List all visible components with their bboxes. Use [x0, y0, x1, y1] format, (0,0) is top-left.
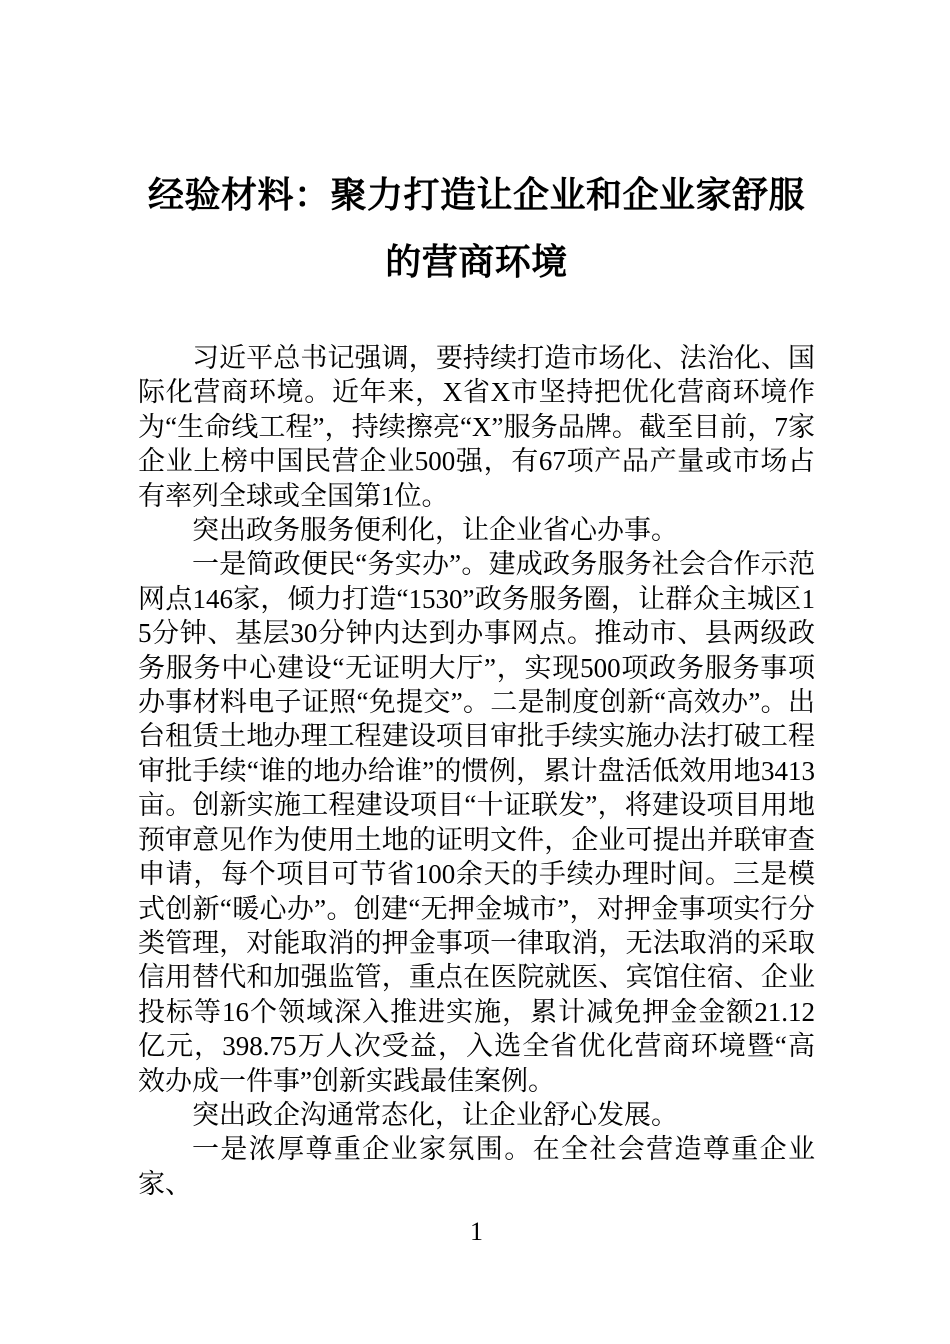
paragraph-government-services-detail: 一是简政便民“务实办”。建成政务服务社会合作示范网点146家，倾力打造“1530… — [138, 547, 815, 1098]
document-page: 经验材料：聚力打造让企业和企业家舒服的营商环境 习近平总书记强调，要持续打造市场… — [0, 0, 950, 1344]
page-number: 1 — [138, 1215, 815, 1249]
document-title: 经验材料：聚力打造让企业和企业家舒服的营商环境 — [144, 161, 810, 295]
section-heading-government-services: 突出政务服务便利化，让企业省心办事。 — [138, 513, 815, 547]
paragraph-enterprise-respect: 一是浓厚尊重企业家氛围。在全社会营造尊重企业家、 — [138, 1132, 815, 1201]
paragraph-intro: 习近平总书记强调，要持续打造市场化、法治化、国际化营商环境。近年来，X省X市坚持… — [138, 341, 815, 513]
section-heading-government-enterprise-communication: 突出政企沟通常态化，让企业舒心发展。 — [138, 1098, 815, 1132]
